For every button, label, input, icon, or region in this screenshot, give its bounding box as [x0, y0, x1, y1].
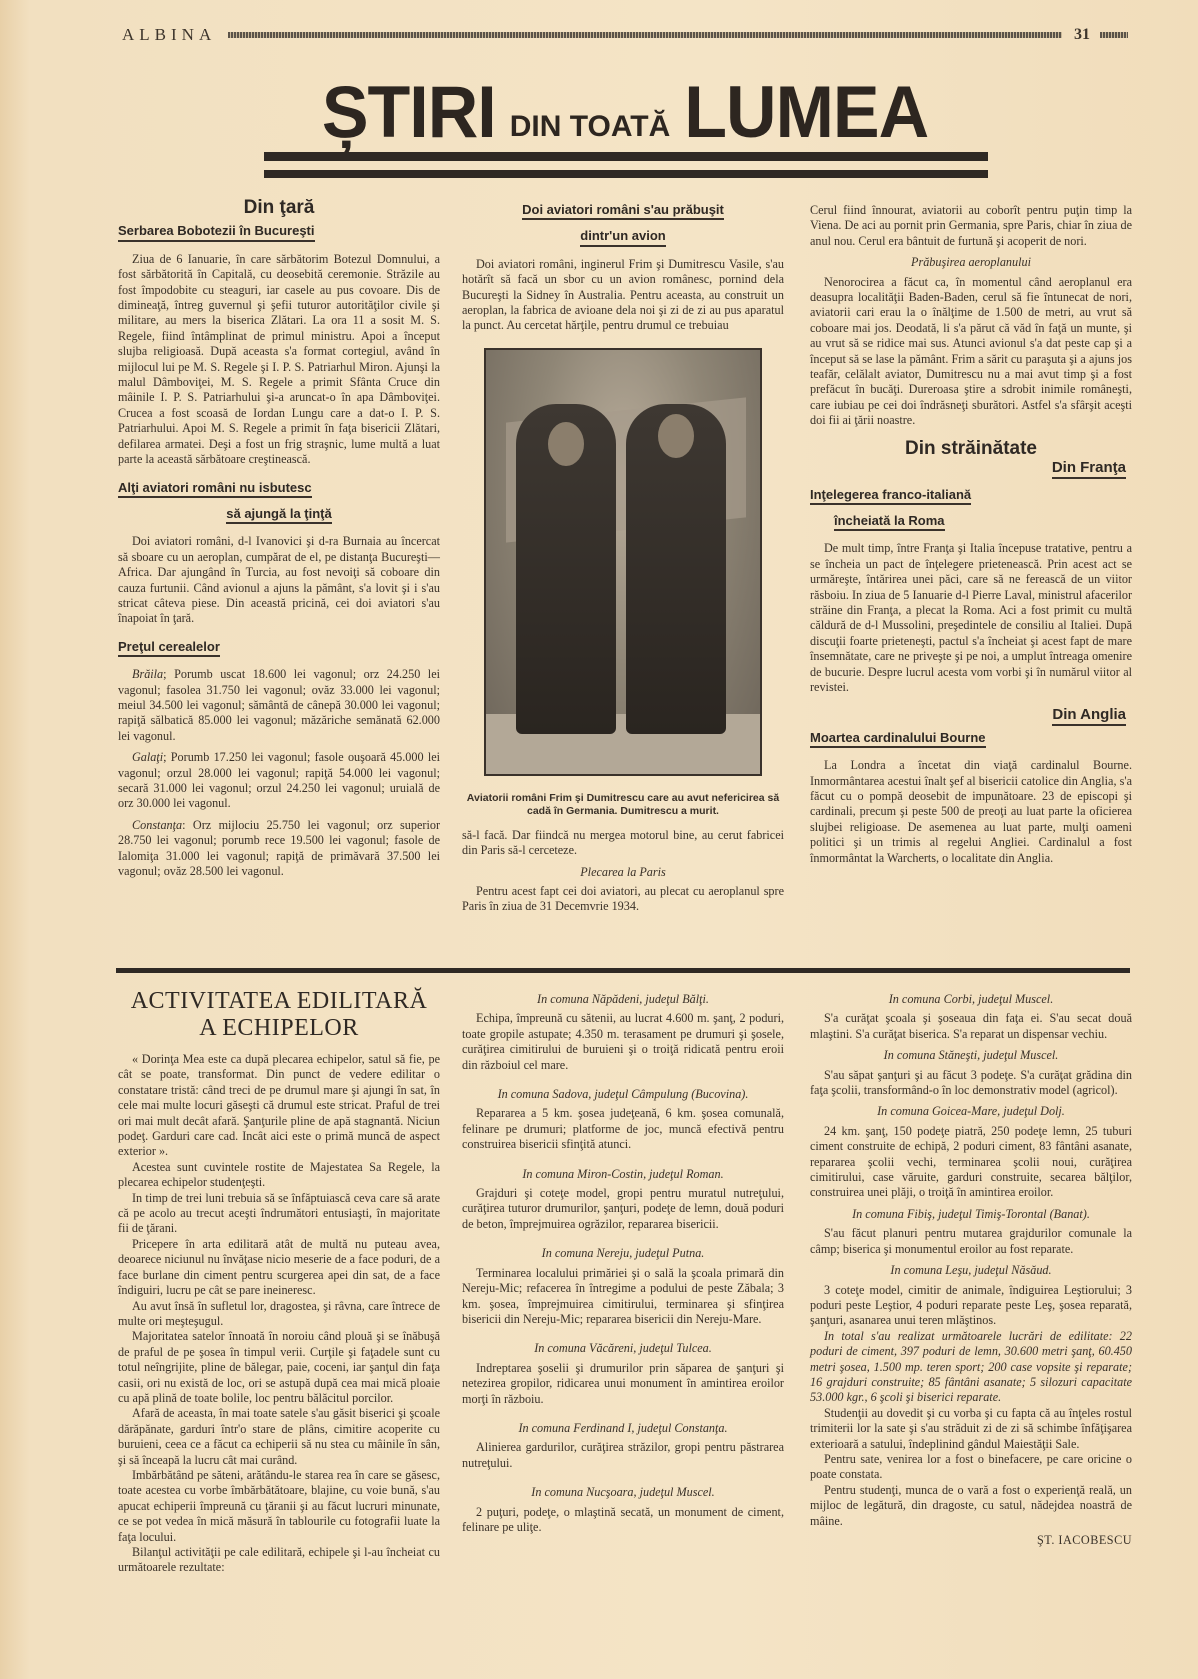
column-din-tara: Din ţară Serbarea Bobotezii în Bucureşti…: [118, 200, 440, 885]
commune-works: Terminarea localului primăriei şi o sală…: [462, 1266, 784, 1328]
column-aviatori: Doi aviatori români s'au prăbuşit dintr'…: [462, 200, 784, 915]
intro-paragraph: In timp de trei luni trebuia să se înfăp…: [118, 1191, 440, 1237]
commune-works: 2 puţuri, podeţe, o mlaştină secată, un …: [462, 1505, 784, 1536]
section-title-strainatate: Din străinătate: [810, 441, 1132, 456]
article-body-boboteaza: Ziua de 6 Ianuarie, în care sărbătorim B…: [118, 252, 440, 468]
total-works: In total s'au realizat următoarele lucră…: [810, 1329, 1132, 1406]
commune-works: Echipa, împreună cu sătenii, au lucrat 4…: [462, 1011, 784, 1073]
article-body-prabusirea: Nenorocirea a făcut ca, în momentul când…: [810, 275, 1132, 429]
title-rule-bottom: [264, 170, 988, 178]
price-paragraph-galati: Galaţi; Porumb 17.250 lei vagonul; fasol…: [118, 750, 440, 812]
city-galati: Galaţi: [132, 750, 163, 764]
column-communes-2: In comuna Corbi, judeţul Muscel. S'a cur…: [810, 986, 1132, 1548]
commune-place: In comuna Nereju, judeţul Putna.: [462, 1246, 784, 1261]
page-title: ȘTIRIDIN TOATĂLUMEA: [262, 72, 988, 152]
headline-aviatori-isbutesc-2: să ajungă la ţinţă: [226, 506, 331, 524]
price-paragraph-braila: Brăila; Porumb uscat 18.600 lei vagonul;…: [118, 667, 440, 744]
commune-works: Repararea a 5 km. şosea judeţeană, 6 km.…: [462, 1106, 784, 1152]
magazine-page: ALBINA 31 ȘTIRIDIN TOATĂLUMEA Din ţară S…: [0, 0, 1198, 1679]
price-paragraph-constanta: Constanţa: Orz mijlociu 25.750 lei vagon…: [118, 818, 440, 880]
magazine-name: ALBINA: [122, 25, 216, 45]
commune-place: In comuna Văcăreni, judeţul Tulcea.: [462, 1341, 784, 1356]
headline-aviatori-prabusit-1: Doi aviatori români s'au prăbuşit: [522, 202, 724, 220]
article-body-aviatori: Doi aviatori români, inginerul Frim şi D…: [462, 257, 784, 334]
closing-paragraph: Pentru sate, venirea lor a fost o binefa…: [810, 1452, 1132, 1483]
cereal-prices: Brăila; Porumb uscat 18.600 lei vagonul;…: [118, 667, 440, 879]
title-word-din-toata: DIN TOATĂ: [510, 110, 671, 143]
commune-place: In comuna Goicea-Mare, judeţul Dolj.: [810, 1104, 1132, 1119]
commune-place: In comuna Stăneşti, judeţul Muscel.: [810, 1048, 1132, 1063]
commune-works: S'a curăţat şcoala şi şoseaua din faţa e…: [810, 1011, 1132, 1042]
photo-caption: Aviatorii români Frim şi Dumitrescu care…: [462, 792, 784, 818]
intro-paragraph: Acestea sunt cuvintele rostite de Majest…: [118, 1160, 440, 1191]
column-activitatea: ACTIVITATEA EDILITARĂ A ECHIPELOR « Dori…: [118, 980, 440, 1576]
intro-paragraph: Au avut însă în sufletul lor, dragostea,…: [118, 1299, 440, 1330]
author-signature: ŞT. IACOBESCU: [810, 1533, 1132, 1548]
headline-intelegerea-2: încheiată la Roma: [834, 513, 945, 531]
commune-place: In comuna Leşu, judeţul Năsăud.: [810, 1263, 1132, 1278]
article-body-paris: Pentru acest fapt cei doi aviatori, au p…: [462, 884, 784, 915]
aviators-photo: [484, 348, 762, 776]
commune-place: In comuna Nucşoara, judeţul Muscel.: [462, 1485, 784, 1500]
subhead-plecarea-paris: Plecarea la Paris: [462, 865, 784, 880]
closing-paragraph: Studenţii au dovedit şi cu vorba şi cu f…: [810, 1406, 1132, 1452]
headline-aviatori-prabusit-2: dintr'un avion: [580, 228, 665, 246]
commune-works: 24 km. şanţ, 150 podeţe piatră, 250 pode…: [810, 1124, 1132, 1201]
commune-place: In comuna Sadova, judeţul Câmpulung (Buc…: [462, 1087, 784, 1102]
commune-works: 3 coteţe model, cimitir de animale, îndi…: [810, 1283, 1132, 1329]
commune-place: In comuna Ferdinand I, judeţul Constanţa…: [462, 1421, 784, 1436]
article-body-aviatori-isbutesc: Doi aviatori români, d-l Ivanovici şi d-…: [118, 534, 440, 626]
title-word-lumea: LUMEA: [684, 70, 928, 154]
subhead-prabusirea: Prăbuşirea aeroplanului: [810, 255, 1132, 270]
column-communes-1: In comuna Năpădeni, judeţul Bălţi. Echip…: [462, 986, 784, 1535]
headline-boboteaza: Serbarea Bobotezii în Bucureşti: [118, 223, 315, 241]
commune-place: In comuna Năpădeni, judeţul Bălţi.: [462, 992, 784, 1007]
commune-works: S'au făcut planuri pentru mutarea grajdu…: [810, 1226, 1132, 1257]
photo-head-left: [548, 422, 584, 466]
closing-paragraph: Pentru studenţi, munca de o vară a fost …: [810, 1483, 1132, 1529]
header-rule-end: [1100, 32, 1128, 38]
article-body-franta: De mult timp, între Franţa şi Italia înc…: [810, 541, 1132, 695]
headline-pretul-cerealelor: Preţul cerealelor: [118, 639, 220, 657]
commune-place: In comuna Fibiş, judeţul Timiş-Torontal …: [810, 1207, 1132, 1222]
commune-works: S'au săpat şanţuri şi au făcut 3 podeţe.…: [810, 1068, 1132, 1099]
photo-head-right: [658, 414, 694, 458]
intro-paragraph: « Dorinţa Mea este ca după plecarea echi…: [118, 1052, 440, 1160]
section-divider: [116, 968, 1130, 973]
commune-works: Grajduri şi coteţe model, gropi pentru m…: [462, 1186, 784, 1232]
article-title-line2: A ECHIPELOR: [118, 1015, 440, 1042]
article-body-aviatori-col3: Cerul fiind înnourat, aviatorii au cobor…: [810, 203, 1132, 249]
article-title-line1: ACTIVITATEA EDILITARĂ: [118, 988, 440, 1015]
intro-paragraph: Imbărbătând pe săteni, arătându-le stare…: [118, 1468, 440, 1545]
intro-paragraph: Bilanţul activităţii pe cale edilitară, …: [118, 1545, 440, 1576]
headline-intelegerea-1: Inţelegerea franco-italiană: [810, 487, 971, 505]
intro-paragraph: Majoritatea satelor înnoată în noroiu câ…: [118, 1329, 440, 1406]
page-number: 31: [1074, 26, 1090, 44]
city-constanta: Constanţa: [132, 818, 182, 832]
title-word-stiri: ȘTIRI: [322, 70, 496, 154]
title-rule-top: [264, 152, 988, 161]
country-franta: Din Franţa: [1052, 460, 1126, 478]
city-braila: Brăila: [132, 667, 163, 681]
column-strainatate: Cerul fiind înnourat, aviatorii au cobor…: [810, 203, 1132, 866]
country-anglia: Din Anglia: [1052, 707, 1126, 725]
header-rule: [228, 32, 1062, 38]
running-head: ALBINA 31: [122, 24, 1128, 46]
commune-place: In comuna Miron-Costin, judeţul Roman.: [462, 1167, 784, 1182]
article-title-activitatea: ACTIVITATEA EDILITARĂ A ECHIPELOR: [118, 988, 440, 1042]
headline-aviatori-isbutesc-1: Alţi aviatori români nu isbutesc: [118, 480, 312, 498]
commune-works: Indreptarea şoselii şi drumurilor prin s…: [462, 1361, 784, 1407]
section-title-din-tara: Din ţară: [118, 200, 440, 215]
intro-paragraph: Pricepere în arta edilitară atât de mult…: [118, 1237, 440, 1299]
commune-place: In comuna Corbi, judeţul Muscel.: [810, 992, 1132, 1007]
intro-paragraph: Afară de aceasta, în mai toate satele s'…: [118, 1406, 440, 1468]
article-body-aviatori-cont: să-l facă. Dar fiindcă nu mergea motorul…: [462, 828, 784, 859]
headline-bourne: Moartea cardinalului Bourne: [810, 730, 986, 748]
commune-works: Alinierea gardurilor, curăţirea străzilo…: [462, 1440, 784, 1471]
article-body-anglia: La Londra a încetat din viaţă cardinalul…: [810, 758, 1132, 866]
